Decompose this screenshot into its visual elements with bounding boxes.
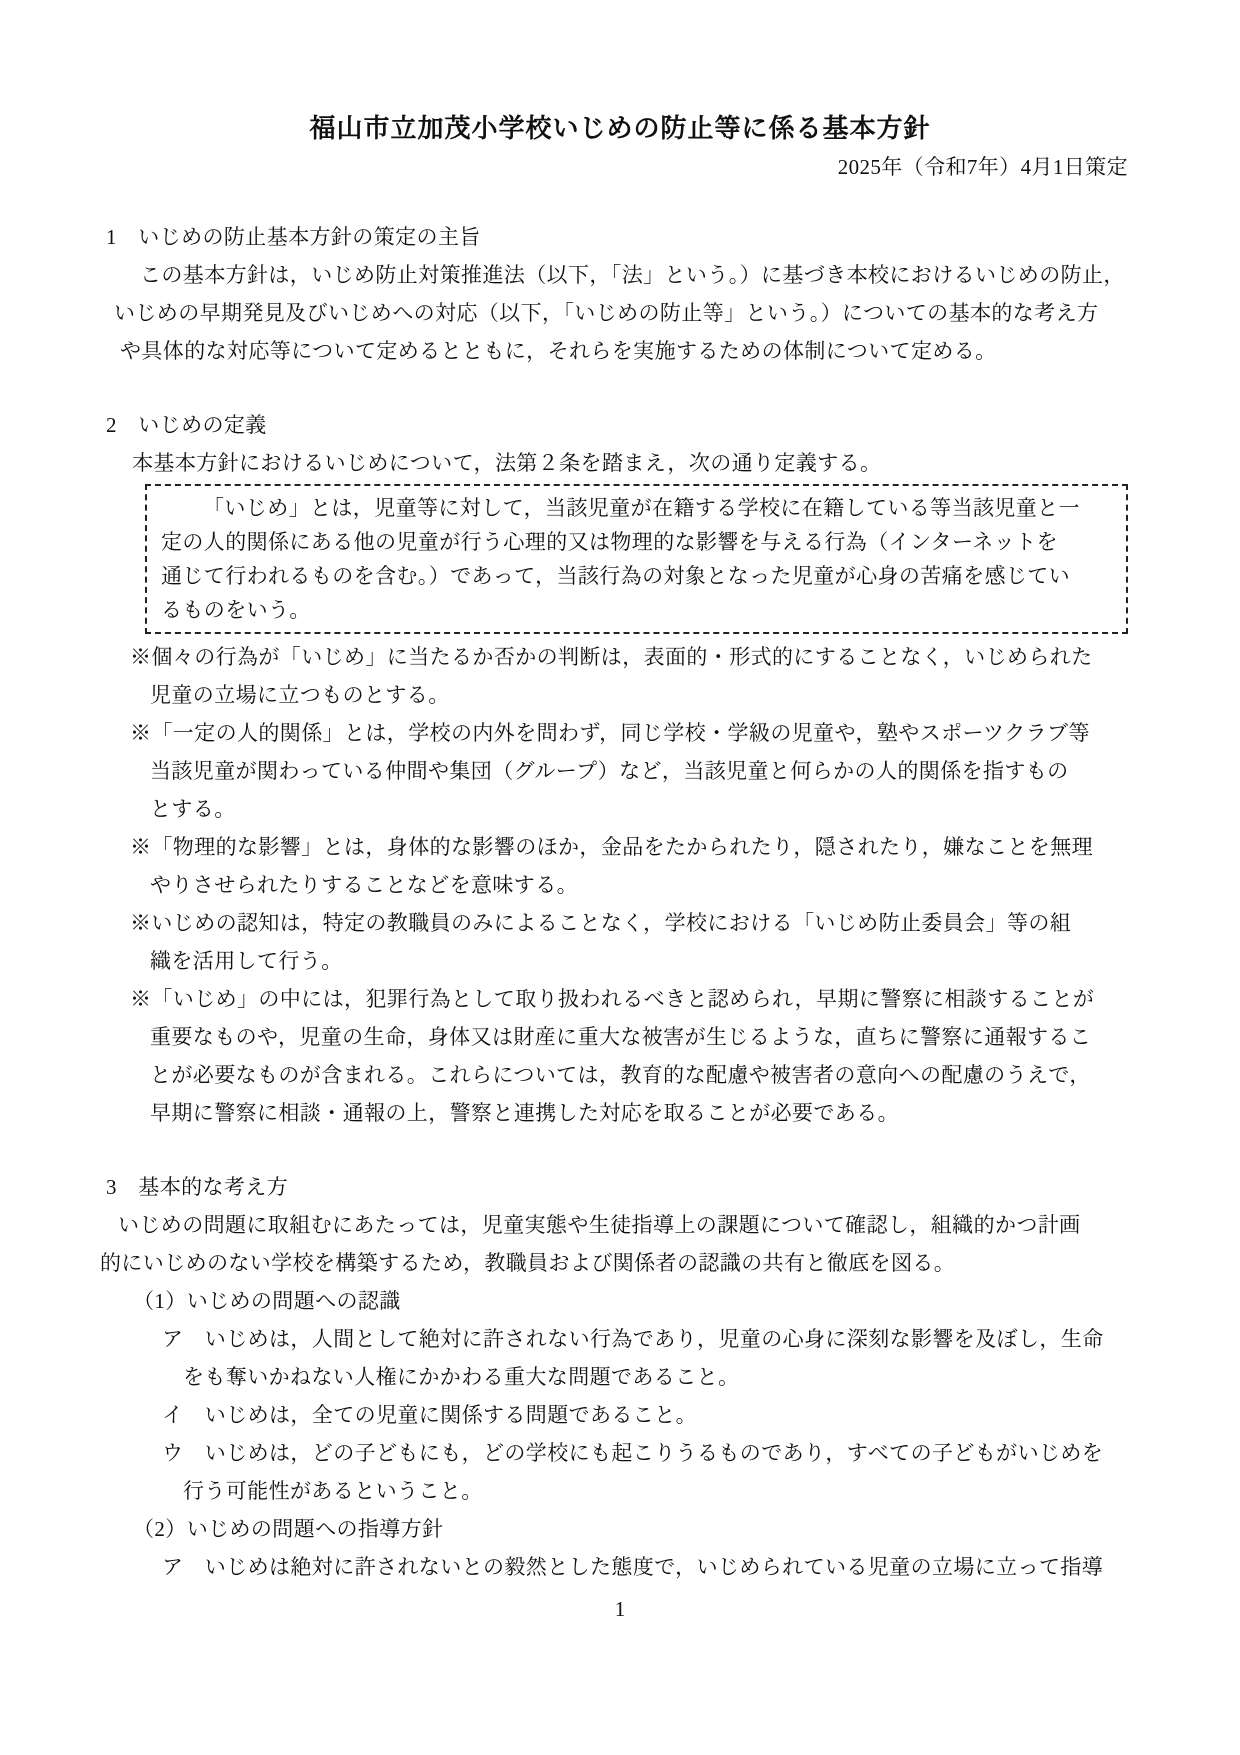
text-line: 本基本方針におけるいじめについて，法第２条を踏まえ，次の通り定義する。: [100, 444, 1140, 482]
document-page: 福山市立加茂小学校いじめの防止等に係る基本方針 2025年（令和7年）4月1日策…: [0, 0, 1240, 1755]
document-title: 福山市立加茂小学校いじめの防止等に係る基本方針: [100, 112, 1140, 144]
text-line: 早期に警察に相談・通報の上，警察と連携した対応を取ることが必要である。: [100, 1094, 1140, 1132]
text-line: 児童の立場に立つものとする。: [100, 676, 1140, 714]
document-body: 1 いじめの防止基本方針の策定の主旨この基本方針は，いじめ防止対策推進法（以下，…: [100, 218, 1140, 1586]
text-line: 的にいじめのない学校を構築するため，教職員および関係者の認識の共有と徹底を図る。: [100, 1244, 1140, 1282]
text-line: ア いじめは，人間として絶対に許されない行為であり，児童の心身に深刻な影響を及ぼ…: [100, 1320, 1140, 1358]
text-line: ※「物理的な影響」とは，身体的な影響のほか，金品をたかられたり，隠されたり，嫌な…: [100, 828, 1140, 866]
enactment-date: 2025年（令和7年）4月1日策定: [100, 152, 1140, 182]
text-line: この基本方針は，いじめ防止対策推進法（以下，「法」という。）に基づき本校における…: [100, 256, 1140, 294]
definition-line: 通じて行われるものを含む。）であって，当該行為の対象となった児童が心身の苦痛を感…: [161, 559, 1112, 593]
text-line: 重要なものや，児童の生命，身体又は財産に重大な被害が生じるような，直ちに警察に通…: [100, 1018, 1140, 1056]
definition-box: 「いじめ」とは，児童等に対して，当該児童が在籍する学校に在籍している等当該児童と…: [145, 484, 1128, 634]
text-line: （1）いじめの問題への認識: [100, 1282, 1140, 1320]
definition-line: 「いじめ」とは，児童等に対して，当該児童が在籍する学校に在籍している等当該児童と…: [161, 491, 1112, 525]
text-line: をも奪いかねない人権にかかわる重大な問題であること。: [100, 1358, 1140, 1396]
text-line: 織を活用して行う。: [100, 942, 1140, 980]
text-line: ※「いじめ」の中には，犯罪行為として取り扱われるべきと認められ，早期に警察に相談…: [100, 980, 1140, 1018]
definition-line: るものをいう。: [161, 593, 1112, 627]
text-line: （2）いじめの問題への指導方針: [100, 1510, 1140, 1548]
section-heading: 2 いじめの定義: [100, 406, 1140, 444]
text-line: ※いじめの認知は，特定の教職員のみによることなく，学校における「いじめ防止委員会…: [100, 904, 1140, 942]
section-heading: 1 いじめの防止基本方針の策定の主旨: [100, 218, 1140, 256]
text-line: や具体的な対応等について定めるとともに，それらを実施するための体制について定める…: [100, 332, 1140, 370]
text-line: ※「一定の人的関係」とは，学校の内外を問わず，同じ学校・学級の児童や，塾やスポー…: [100, 714, 1140, 752]
text-line: いじめの早期発見及びいじめへの対応（以下，「いじめの防止等」という。）についての…: [100, 294, 1140, 332]
text-line: 当該児童が関わっている仲間や集団（グループ）など，当該児童と何らかの人的関係を指…: [100, 752, 1140, 790]
text-line: 行う可能性があるということ。: [100, 1472, 1140, 1510]
text-line: とが必要なものが含まれる。これらについては，教育的な配慮や被害者の意向への配慮の…: [100, 1056, 1140, 1094]
text-line: とする。: [100, 790, 1140, 828]
text-line: ※個々の行為が「いじめ」に当たるか否かの判断は，表面的・形式的にすることなく，い…: [100, 638, 1140, 676]
definition-line: 定の人的関係にある他の児童が行う心理的又は物理的な影響を与える行為（インターネッ…: [161, 525, 1112, 559]
text-line: やりさせられたりすることなどを意味する。: [100, 866, 1140, 904]
section-heading: 3 基本的な考え方: [100, 1168, 1140, 1206]
text-line: ウ いじめは，どの子どもにも，どの学校にも起こりうるものであり，すべての子どもが…: [100, 1434, 1140, 1472]
text-line: いじめの問題に取組むにあたっては，児童実態や生徒指導上の課題について確認し，組織…: [100, 1206, 1140, 1244]
page-number: 1: [100, 1594, 1140, 1624]
text-line: イ いじめは，全ての児童に関係する問題であること。: [100, 1396, 1140, 1434]
text-line: ア いじめは絶対に許されないとの毅然とした態度で，いじめられている児童の立場に立…: [100, 1548, 1140, 1586]
